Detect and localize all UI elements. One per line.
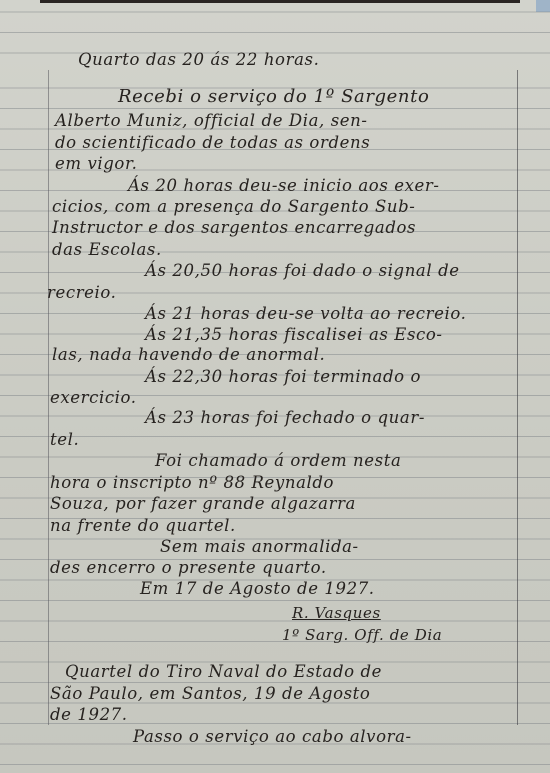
- second-entry-line: Passo o serviço ao cabo alvora-: [133, 727, 412, 746]
- body-line: Sem mais anormalida-: [160, 537, 359, 556]
- body-line: Ás 20,50 horas foi dado o signal de: [145, 261, 460, 280]
- body-line: hora o inscripto nº 88 Reynaldo: [50, 473, 334, 492]
- body-line: Instructor e dos sargentos encarregados: [52, 218, 416, 237]
- body-line: Ás 21 horas deu-se volta ao recreio.: [145, 304, 466, 323]
- body-line: na frente do quartel.: [50, 516, 236, 535]
- second-entry-line: São Paulo, em Santos, 19 de Agosto: [50, 684, 370, 703]
- second-entry-line: Quartel do Tiro Naval do Estado de: [65, 662, 382, 681]
- signature-name: R. Vasques: [292, 604, 381, 622]
- body-line: recreio.: [47, 283, 117, 302]
- body-line: Foi chamado á ordem nesta: [155, 451, 401, 470]
- body-line: Souza, por fazer grande algazarra: [50, 494, 356, 513]
- body-line: las, nada havendo de anormal.: [52, 345, 325, 364]
- body-line: em vigor.: [55, 154, 137, 173]
- body-line: tel.: [50, 430, 79, 449]
- body-line: cicios, com a presença do Sargento Sub-: [52, 197, 415, 216]
- signature-title: 1º Sarg. Off. de Dia: [282, 626, 442, 644]
- body-line: Alberto Muniz, official de Dia, sen-: [55, 111, 368, 130]
- body-line: Recebi o serviço do 1º Sargento: [118, 86, 429, 107]
- body-line: Ás 22,30 horas foi terminado o: [145, 367, 421, 386]
- ledger-page: Quarto das 20 ás 22 horas. Recebi o serv…: [0, 0, 550, 773]
- body-line: do scientificado de todas as ordens: [55, 133, 370, 152]
- body-line: des encerro o presente quarto.: [50, 558, 327, 577]
- body-line: exercicio.: [50, 388, 137, 407]
- body-line: Ás 20 horas deu-se inicio aos exer-: [128, 176, 440, 195]
- body-line: das Escolas.: [52, 240, 162, 259]
- handwritten-text: Quarto das 20 ás 22 horas. Recebi o serv…: [0, 0, 550, 773]
- second-entry-line: de 1927.: [50, 705, 128, 724]
- heading: Quarto das 20 ás 22 horas.: [78, 50, 319, 69]
- body-line: Ás 23 horas foi fechado o quar-: [145, 408, 425, 427]
- date-line: Em 17 de Agosto de 1927.: [140, 579, 375, 598]
- body-line: Ás 21,35 horas fiscalisei as Esco-: [145, 325, 443, 344]
